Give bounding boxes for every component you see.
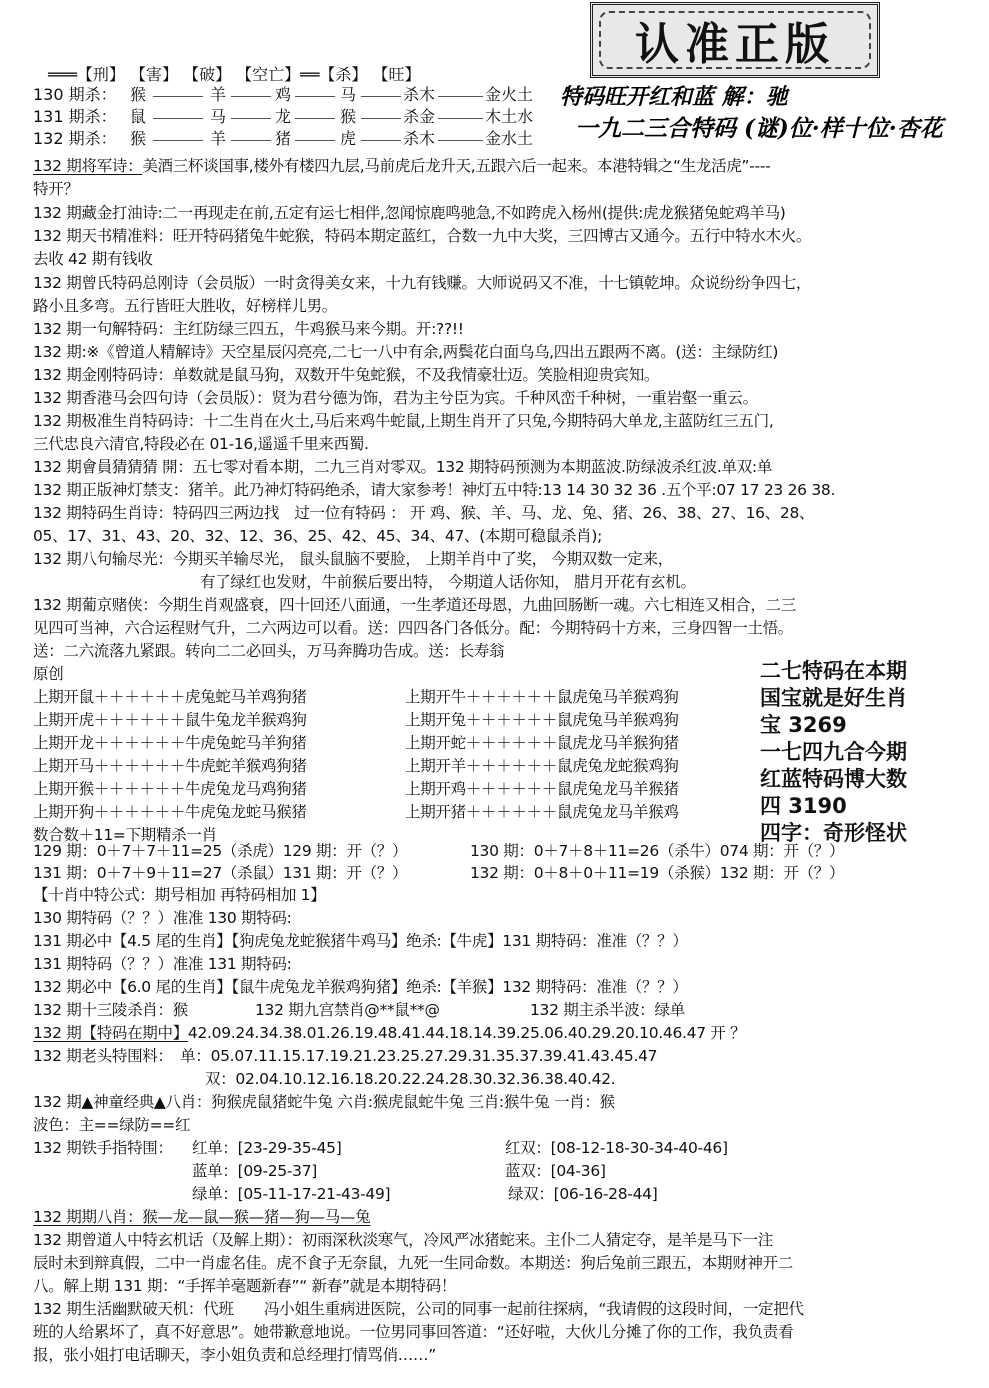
xing-cell: 猴 [130, 84, 146, 106]
po-cell: 鸡 [275, 84, 291, 106]
original-left-row: 上期开狗＋＋＋＋＋＋牛虎兔龙蛇马猴猪 [33, 801, 307, 823]
blue-double: 蓝双：[04-36] [505, 1160, 606, 1182]
text-line: 132 期:※《曾道人精解诗》天空星辰闪亮亮,二七一八中有余,两鬓花白面乌乌,四… [33, 341, 778, 363]
text-line: 132 期极准生肖特码诗：十二生肖在火土,马后来鸡牛蛇鼠,上期生肖开了只兔,今期… [33, 410, 773, 432]
sha-cell: 杀木 [403, 128, 435, 150]
text-line: 132 期将军诗：美酒三杯谈国事,楼外有楼四九层,马前虎后龙升天,五跟六后一起来… [33, 155, 770, 177]
original-left-row: 上期开马＋＋＋＋＋＋牛虎蛇羊猴鸡狗猪 [33, 755, 307, 777]
text-line: 132 期正版神灯禁支：猪羊。此乃神灯特码绝杀，请大家参考！神灯五中特:13 1… [33, 479, 835, 501]
text-line: 131 期特码（？？）准准 131 期特码: [33, 953, 292, 975]
kong-cell: 马 [340, 84, 356, 106]
original-left-row: 上期开猴＋＋＋＋＋＋牛虎兔龙马鸡狗猪 [33, 778, 307, 800]
text-line: 见四可当神，六合运程财气升，二六两边可以看。送：四四各门各低分。配：今期特码十方… [33, 617, 793, 639]
period-label: 130 期杀： [33, 84, 117, 106]
original-left-row: 上期开虎＋＋＋＋＋＋鼠牛兔龙羊猴鸡狗 [33, 709, 307, 731]
shisanling-line: 132 期十三陵杀肖：猴 [33, 999, 188, 1021]
zhusha-line: 132 期主杀半波：绿单 [530, 999, 685, 1021]
text-line: 【十肖中特公式：期号相加 再特码相加 1】 [33, 884, 325, 906]
red-double: 红双：[08-12-18-30-34-40-46] [505, 1137, 728, 1159]
text-line: 132 期一句解特码：主红防绿三四五，牛鸡猴马来今期。开:??!! [33, 318, 464, 340]
calc-row: 132 期：0＋8＋0＋11=19（杀猴）132 期：开（？） [470, 862, 844, 884]
bose-line: 波色：主==绿防==红 [33, 1114, 190, 1136]
iron-finger-label: 132 期铁手指特围： [33, 1137, 173, 1159]
red-single: 红单：[23-29-35-45] [192, 1137, 341, 1159]
text-line: 有了绿红也发财，牛前猴后要出特， 今期道人话你知， 腊月开花有玄机。 [200, 571, 696, 593]
text-line: 路小且多弯。五行皆旺大胜收，好榜样儿男。 [33, 295, 337, 317]
hai-cell: 羊 [210, 128, 226, 150]
wang-cell: 金火土 [485, 84, 533, 106]
period-label: 131 期杀： [33, 106, 117, 128]
text-line: 05、17、31、43、20、32、12、36、25、42、45、34、47、(… [33, 525, 602, 547]
wang-cell: 金水土 [485, 128, 533, 150]
sha-cell: 杀木 [403, 84, 435, 106]
original-right-row: 上期开鸡＋＋＋＋＋＋鼠虎兔龙马羊猴猪 [405, 778, 679, 800]
lottery-newspaper-page: 认准正版 特码旺开红和蓝 解：驰 一九二三合特码 (谜)位·样十位·杏花 ═══… [0, 0, 989, 1388]
wang-cell: 木土水 [485, 106, 533, 128]
kong-cell: 虎 [340, 128, 356, 150]
blue-single: 蓝单：[09-25-37] [192, 1160, 317, 1182]
xing-cell: 猴 [130, 128, 146, 150]
original-right-row: 上期开羊＋＋＋＋＋＋鼠虎兔龙蛇猴鸡狗 [405, 755, 679, 777]
original-right-row: 上期开兔＋＋＋＋＋＋鼠虎兔马羊猴鸡狗 [405, 709, 679, 731]
text-line: 132 期特码生肖诗：特码四三两边找 过一位有特码 ： 开 鸡、猴、羊、马、龙、… [33, 502, 814, 524]
text-line: 报，张小姐打电话聊天，李小姐负责和总经理打情骂俏……” [33, 1344, 436, 1366]
text-line: 三代忠良六清官,特段必在 01-16,遥遥千里来西蜀. [33, 433, 369, 455]
text-line: 132 期藏金打油诗:二一再现走在前,五定有运七相伴,忽闻惊鹿鸣驰急,不如跨虎入… [33, 202, 786, 224]
text-line: 130 期特码（？？）准准 130 期特码: [33, 907, 292, 929]
text-line: 八。解上期 131 期：“手挥羊毫题新春”“ 新春”就是本期特码！ [33, 1275, 456, 1297]
text-line: 132 期香港马会四句诗（会员版）：贤为君兮德为饰，君为主兮臣为宾。千种风峦千种… [33, 387, 758, 409]
hai-cell: 羊 [210, 84, 226, 106]
text-line: 132 期必中【6.0 尾的生肖】【鼠牛虎兔龙羊猴鸡狗猪】绝杀:【羊猴】132 … [33, 976, 688, 998]
laotou-single: 132 期老头特围料： 单：05.07.11.15.17.19.21.23.25… [33, 1045, 657, 1067]
original-right-row: 上期开猪＋＋＋＋＋＋鼠虎兔龙马羊猴鸡 [405, 801, 679, 823]
qizhong-line: 132 期【特码在期中】42.09.24.34.38.01.26.19.48.4… [33, 1022, 745, 1044]
shentong-line: 132 期▲神童经典▲八肖：狗猴虎鼠猪蛇牛兔 六肖:猴虎鼠蛇牛兔 三肖:猴牛兔 … [33, 1091, 615, 1113]
stamp-text: 认准正版 [635, 8, 835, 72]
handwritten-line-1: 特码旺开红和蓝 解：驰 [560, 80, 788, 111]
text-line: 132 期曾道人中特玄机话（及解上期）：初雨深秋淡寒气，冷风严冰猪蛇来。主仆二人… [33, 1229, 773, 1251]
text-line: 132 期會員猜猜猜 開：五七零对看本期，二九三肖对零双。132 期特码预测为本… [33, 456, 772, 478]
hai-cell: 马 [210, 106, 226, 128]
original-left-row: 上期开龙＋＋＋＋＋＋牛虎兔蛇马羊狗猪 [33, 732, 307, 754]
po-cell: 猪 [275, 128, 291, 150]
xing-cell: 鼠 [130, 106, 146, 128]
jiugong-line: 132 期九宫禁肖@**鼠**@ [255, 999, 440, 1021]
text-line: 132 期八句输尽光：今期买羊输尽光， 鼠头鼠脑不要脸， 上期羊肖中了奖， 今期… [33, 548, 673, 570]
side-prediction-box: 二七特码在本期 国宝就是好生肖 宝 3269 一七四九合今期 红蓝特码博大数 四… [760, 658, 907, 847]
authentic-stamp: 认准正版 [590, 2, 880, 78]
calc-row: 131 期：0＋7＋9＋11=27（杀鼠）131 期：开（？） [33, 862, 407, 884]
text-line: 班的人给累坏了，真不好意思”。她带歉意地说。一位男同事回答道：“还好啦，大伙儿分… [33, 1321, 793, 1343]
original-left-row: 上期开鼠＋＋＋＋＋＋虎兔蛇马羊鸡狗猪 [33, 686, 307, 708]
text-line: 132 期葡京赌侠：今期生肖观盛衰，四十回还八面通，一生孝道还母恩，九曲回肠断一… [33, 594, 796, 616]
green-double: 绿双：[06-16-28-44] [508, 1183, 657, 1205]
text-line: 辰时未到辩真假，二中一肖虚名佳。虎不食子无奈鼠，九死一生同命数。本期送：狗后兔前… [33, 1252, 793, 1274]
text-line: 132 期曾氏特码总刚诗（会员版）一时贪得美女来，十九有钱赚。大师说码又不准，十… [33, 272, 811, 294]
handwritten-line-2: 一九二三合特码 (谜)位·样十位·杏花 [575, 110, 943, 143]
bazhao-line: 132 期期八肖：猴—龙—鼠—猴—猪—狗—马—兔 [33, 1206, 370, 1228]
original-right-row: 上期开牛＋＋＋＋＋＋鼠虎兔马羊猴鸡狗 [405, 686, 679, 708]
text-line: 132 期金刚特码诗：单数就是鼠马狗，双数开牛兔蛇猴，不及我情豪壮迈。笑脸相迎贵… [33, 364, 659, 386]
calc-row: 129 期：0＋7＋7＋11=25（杀虎）129 期：开（？） [33, 840, 407, 862]
text-line: 132 期天书精准料：旺开特码猪兔牛蛇猴，特码本期定蓝红，合数一九中大奖，三四博… [33, 225, 811, 247]
kill-table-header: ═══【刑】 【害】 【破】 【空亡】══【杀】 【旺】 [48, 62, 421, 85]
original-title: 原创 [33, 663, 63, 685]
text-line: 131 期必中【4.5 尾的生肖】【狗虎兔龙蛇猴猪牛鸡马】绝杀:【牛虎】131 … [33, 930, 688, 952]
text-line: 特开？ [33, 178, 79, 200]
text-line: 去收 42 期有钱收 [33, 248, 153, 270]
kong-cell: 猴 [340, 106, 356, 128]
text-line: 132 期生活幽默破天机：代班 冯小姐生重病进医院，公司的同事一起前往探病，“我… [33, 1298, 804, 1320]
sha-cell: 杀金 [403, 106, 435, 128]
text-line: 送：二六流落九紧跟。转向二二必回头，万马奔腾功告成。送：长寿翁 [33, 640, 504, 662]
po-cell: 龙 [275, 106, 291, 128]
calc-row: 130 期：0＋7＋8＋11=26（杀牛）074 期：开（？） [470, 840, 844, 862]
green-single: 绿单：[05-11-17-21-43-49] [192, 1183, 390, 1205]
laotou-double: 双：02.04.10.12.16.18.20.22.24.28.30.32.36… [205, 1068, 615, 1090]
original-right-row: 上期开蛇＋＋＋＋＋＋鼠虎龙马羊猴狗猪 [405, 732, 679, 754]
period-label: 132 期杀： [33, 128, 117, 150]
